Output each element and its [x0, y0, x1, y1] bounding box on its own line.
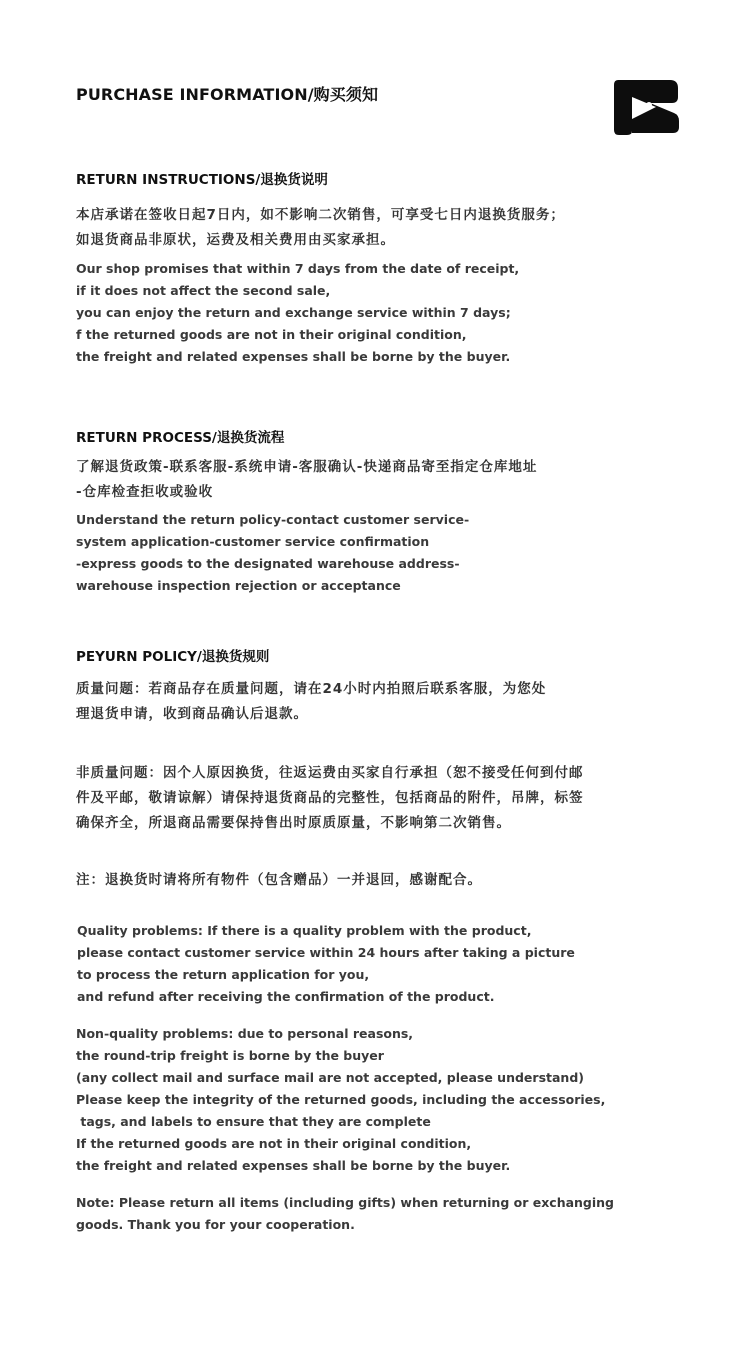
text-line: tags, and labels to ensure that they are… [76, 1111, 605, 1133]
policy-note-en: Note: Please return all items (including… [76, 1192, 614, 1236]
text-line: If the returned goods are not in their o… [76, 1133, 605, 1155]
text-line: 了解退货政策-联系客服-系统申请-客服确认-快递商品寄至指定仓库地址 [76, 455, 537, 480]
text-line: Note: Please return all items (including… [76, 1192, 614, 1214]
text-line: 注：退换货时请将所有物件（包含赠品）一并退回，感谢配合。 [76, 868, 482, 893]
text-line: if it does not affect the second sale, [76, 280, 519, 302]
text-line: Quality problems: If there is a quality … [77, 920, 575, 942]
text-line: the round-trip freight is borne by the b… [76, 1045, 605, 1067]
text-line: the freight and related expenses shall b… [76, 346, 519, 368]
brand-logo-icon [612, 77, 680, 137]
return-instructions-cn: 本店承诺在签收日起7日内，如不影响二次销售，可享受七日内退换货服务； 如退货商品… [76, 203, 565, 253]
text-line: 非质量问题：因个人原因换货，往返运费由买家自行承担（恕不接受任何到付邮 [76, 761, 584, 786]
policy-note-cn: 注：退换货时请将所有物件（包含赠品）一并退回，感谢配合。 [76, 868, 482, 893]
text-line: -express goods to the designated warehou… [76, 553, 469, 575]
text-line: 质量问题：若商品存在质量问题，请在24小时内拍照后联系客服，为您处 [76, 677, 546, 702]
return-process-en: Understand the return policy-contact cus… [76, 509, 469, 597]
policy-quality-cn: 质量问题：若商品存在质量问题，请在24小时内拍照后联系客服，为您处 理退货申请，… [76, 677, 546, 727]
text-line: (any collect mail and surface mail are n… [76, 1067, 605, 1089]
text-line: warehouse inspection rejection or accept… [76, 575, 469, 597]
policy-quality-en: Quality problems: If there is a quality … [77, 920, 575, 1008]
text-line: 确保齐全，所退商品需要保持售出时原质原量，不影响第二次销售。 [76, 811, 584, 836]
text-line: Please keep the integrity of the returne… [76, 1089, 605, 1111]
text-line: f the returned goods are not in their or… [76, 324, 519, 346]
text-line: 件及平邮，敬请谅解）请保持退货商品的完整性，包括商品的附件，吊牌，标签 [76, 786, 584, 811]
return-instructions-en: Our shop promises that within 7 days fro… [76, 258, 519, 368]
text-line: you can enjoy the return and exchange se… [76, 302, 519, 324]
text-line: -仓库检查拒收或验收 [76, 480, 537, 505]
text-line: system application-customer service conf… [76, 531, 469, 553]
section-heading-return-policy: PEYURN POLICY/退换货规则 [76, 645, 269, 665]
policy-nonquality-en: Non-quality problems: due to personal re… [76, 1023, 605, 1177]
section-heading-return-process: RETURN PROCESS/退换货流程 [76, 426, 284, 446]
text-line: please contact customer service within 2… [77, 942, 575, 964]
text-line: goods. Thank you for your cooperation. [76, 1214, 614, 1236]
page-title: PURCHASE INFORMATION/购买须知 [76, 82, 378, 105]
policy-nonquality-cn: 非质量问题：因个人原因换货，往返运费由买家自行承担（恕不接受任何到付邮 件及平邮… [76, 761, 584, 836]
section-heading-return-instructions: RETURN INSTRUCTIONS/退换货说明 [76, 168, 328, 188]
text-line: to process the return application for yo… [77, 964, 575, 986]
text-line: 如退货商品非原状，运费及相关费用由买家承担。 [76, 228, 565, 253]
text-line: Non-quality problems: due to personal re… [76, 1023, 605, 1045]
text-line: Understand the return policy-contact cus… [76, 509, 469, 531]
text-line: 本店承诺在签收日起7日内，如不影响二次销售，可享受七日内退换货服务； [76, 203, 565, 228]
text-line: 理退货申请，收到商品确认后退款。 [76, 702, 546, 727]
text-line: the freight and related expenses shall b… [76, 1155, 605, 1177]
text-line: Our shop promises that within 7 days fro… [76, 258, 519, 280]
text-line: and refund after receiving the confirmat… [77, 986, 575, 1008]
return-process-cn: 了解退货政策-联系客服-系统申请-客服确认-快递商品寄至指定仓库地址 -仓库检查… [76, 455, 537, 505]
